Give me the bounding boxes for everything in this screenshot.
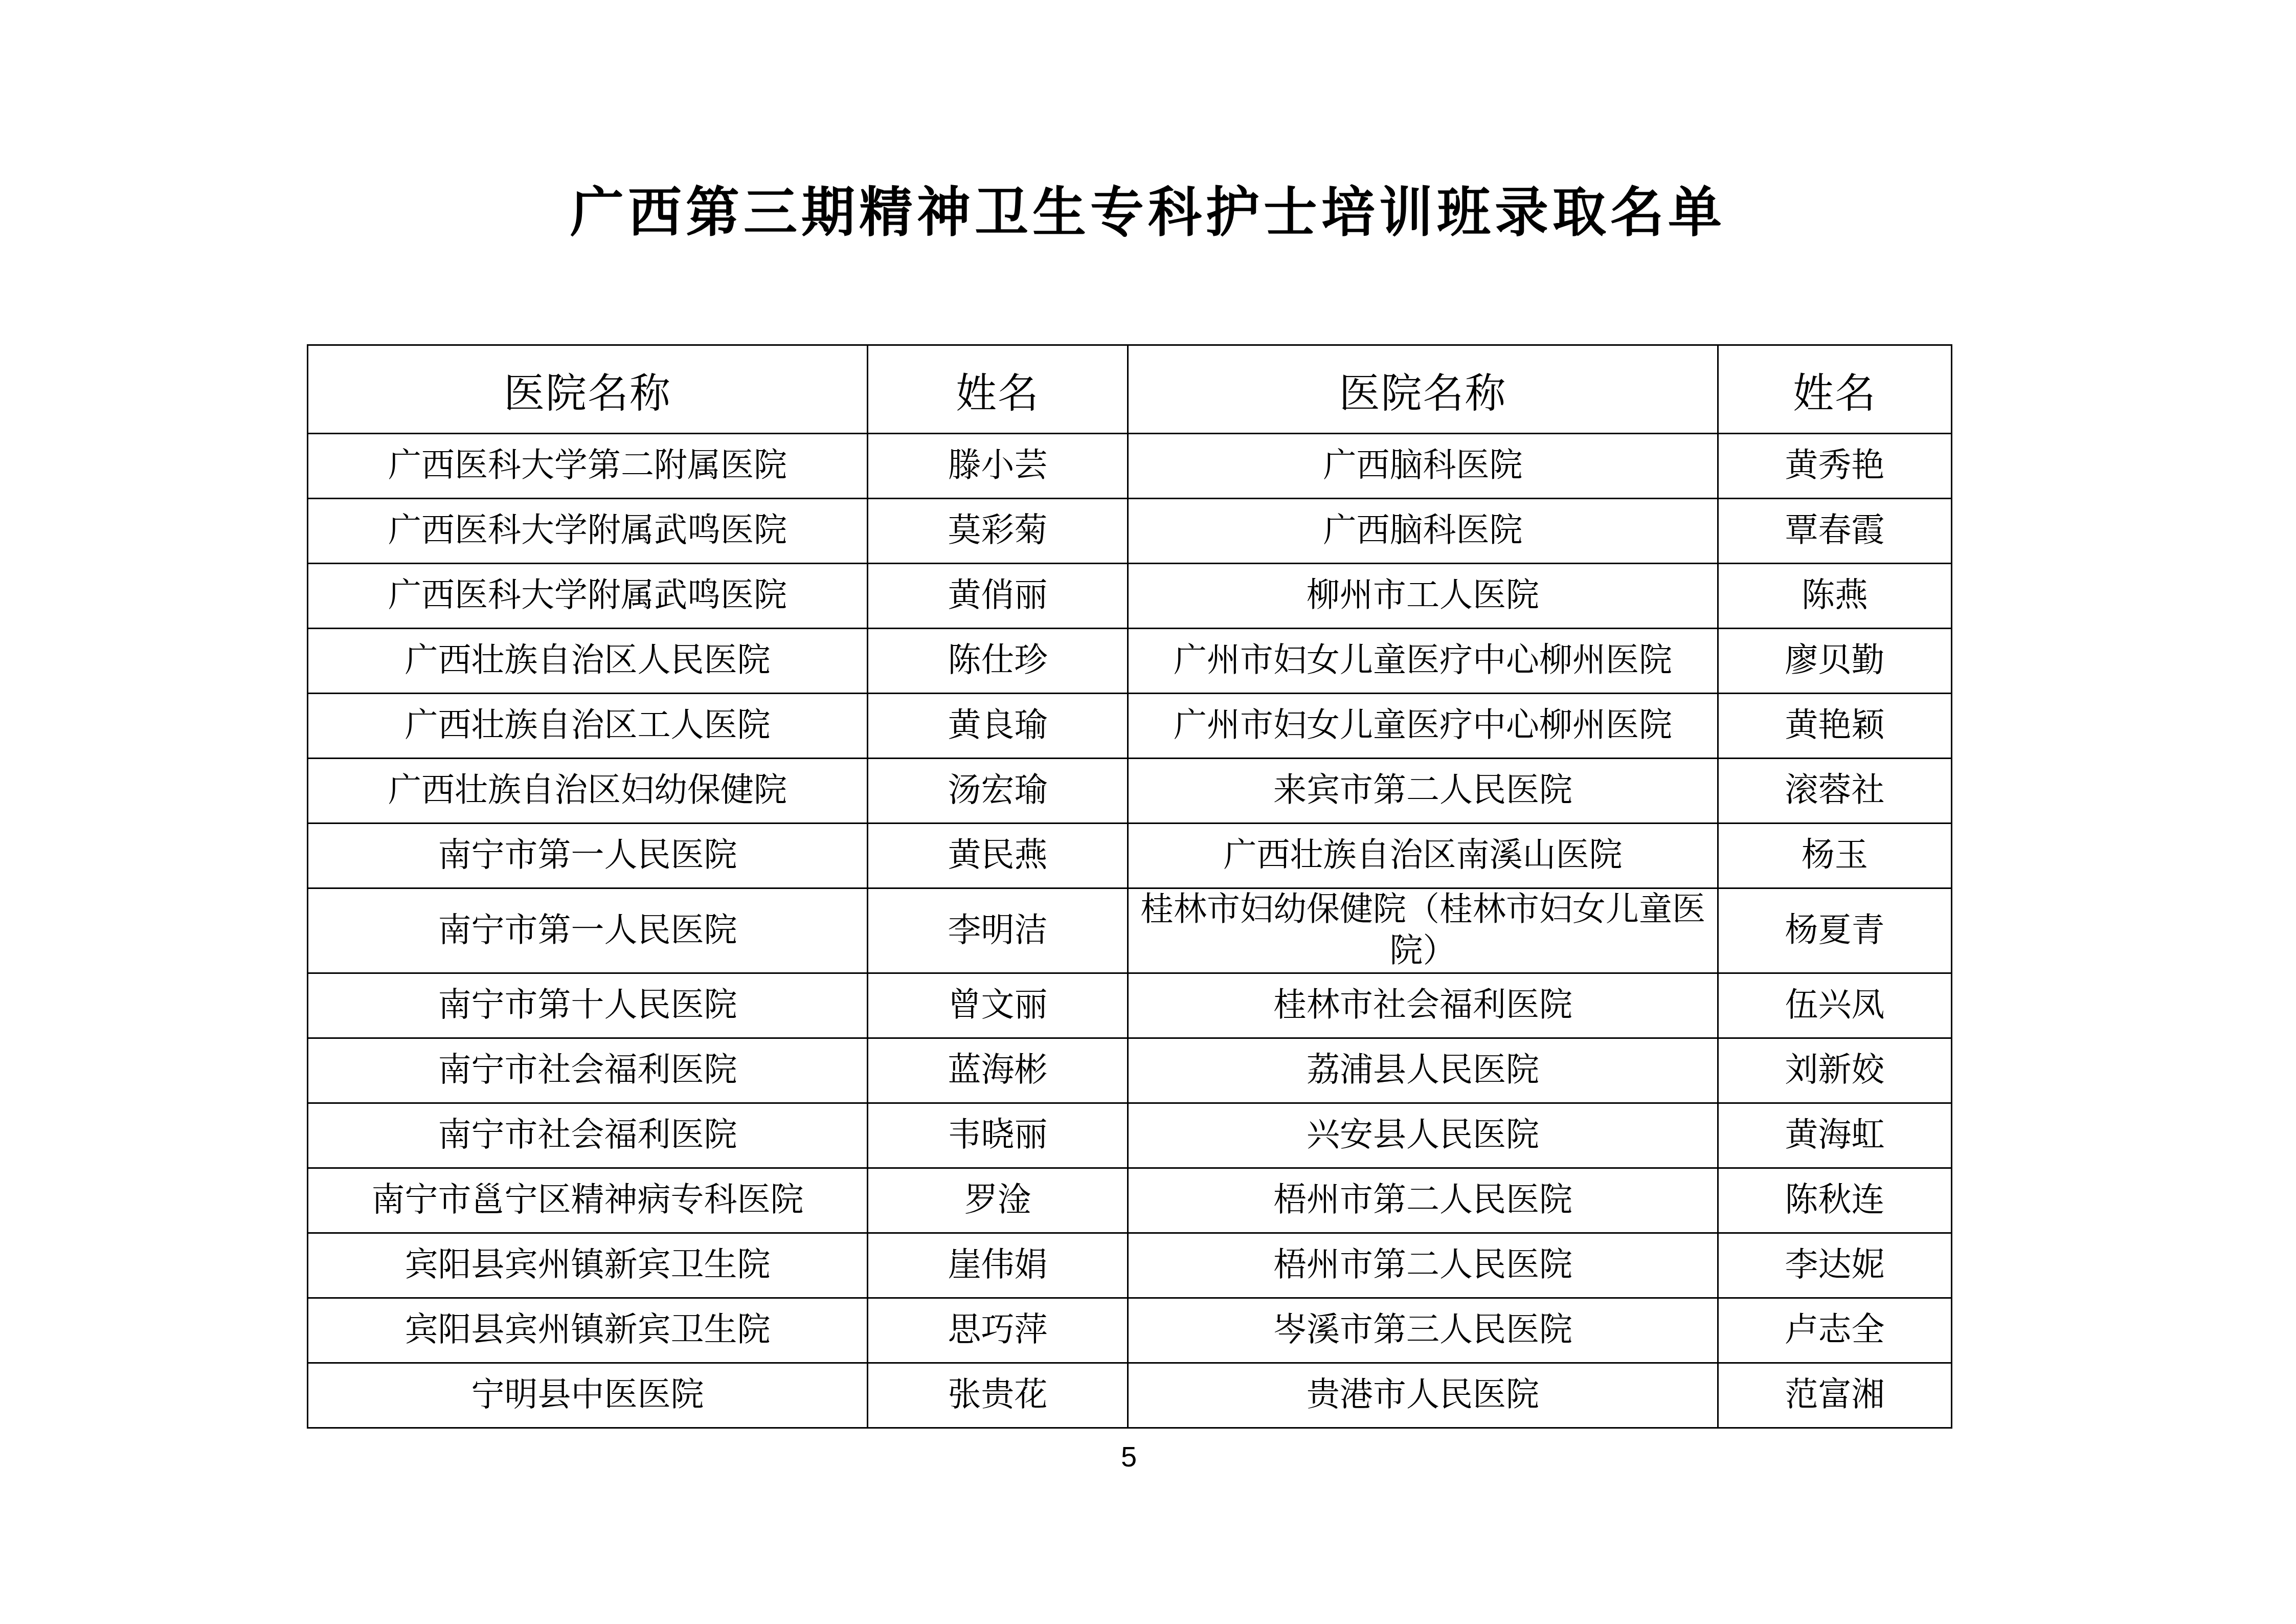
hospital-cell: 广州市妇女儿童医疗中心柳州医院 [1128,694,1718,759]
name-cell: 伍兴凤 [1718,973,1952,1038]
hospital-cell: 桂林市社会福利医院 [1128,973,1718,1038]
hospital-cell: 来宾市第二人民医院 [1128,759,1718,824]
admission-roster-table: 医院名称 姓名 医院名称 姓名 广西医科大学第二附属医院滕小芸广西脑科医院黄秀艳… [307,344,1952,1429]
header-name-right: 姓名 [1718,345,1952,434]
name-cell: 崖伟娟 [868,1233,1128,1298]
hospital-cell: 南宁市邕宁区精神病专科医院 [308,1168,868,1233]
table-row: 广西壮族自治区工人医院黄良瑜广州市妇女儿童医疗中心柳州医院黄艳颖 [308,694,1952,759]
table-row: 南宁市社会福利医院韦晓丽兴安县人民医院黄海虹 [308,1103,1952,1168]
hospital-cell: 南宁市社会福利医院 [308,1038,868,1103]
hospital-cell: 广西壮族自治区南溪山医院 [1128,824,1718,888]
table-row: 南宁市邕宁区精神病专科医院罗淦梧州市第二人民医院陈秋连 [308,1168,1952,1233]
hospital-cell: 广西壮族自治区工人医院 [308,694,868,759]
hospital-cell: 宾阳县宾州镇新宾卫生院 [308,1233,868,1298]
name-cell: 陈仕珍 [868,629,1128,694]
hospital-cell: 广西壮族自治区妇幼保健院 [308,759,868,824]
table-row: 南宁市第一人民医院黄民燕广西壮族自治区南溪山医院杨玉 [308,824,1952,888]
hospital-cell: 贵港市人民医院 [1128,1363,1718,1428]
table-row: 南宁市第一人民医院李明洁桂林市妇幼保健院（桂林市妇女儿童医院）杨夏青 [308,888,1952,973]
hospital-cell: 南宁市第一人民医院 [308,824,868,888]
hospital-cell: 荔浦县人民医院 [1128,1038,1718,1103]
table-row: 宾阳县宾州镇新宾卫生院崖伟娟梧州市第二人民医院李达妮 [308,1233,1952,1298]
name-cell: 陈秋连 [1718,1168,1952,1233]
hospital-cell: 桂林市妇幼保健院（桂林市妇女儿童医院） [1128,888,1718,973]
hospital-cell: 梧州市第二人民医院 [1128,1233,1718,1298]
name-cell: 黄俏丽 [868,564,1128,629]
name-cell: 廖贝勤 [1718,629,1952,694]
hospital-cell: 广西医科大学附属武鸣医院 [308,499,868,564]
table-row: 南宁市社会福利医院蓝海彬荔浦县人民医院刘新姣 [308,1038,1952,1103]
name-cell: 黄秀艳 [1718,434,1952,499]
name-cell: 黄艳颖 [1718,694,1952,759]
name-cell: 杨夏青 [1718,888,1952,973]
hospital-cell: 宁明县中医医院 [308,1363,868,1428]
hospital-cell: 南宁市社会福利医院 [308,1103,868,1168]
hospital-cell: 广西脑科医院 [1128,499,1718,564]
header-name-left: 姓名 [868,345,1128,434]
name-cell: 范富湘 [1718,1363,1952,1428]
hospital-cell: 柳州市工人医院 [1128,564,1718,629]
hospital-cell: 广西医科大学附属武鸣医院 [308,564,868,629]
name-cell: 黄海虹 [1718,1103,1952,1168]
hospital-cell: 岑溪市第三人民医院 [1128,1298,1718,1363]
name-cell: 韦晓丽 [868,1103,1128,1168]
name-cell: 刘新姣 [1718,1038,1952,1103]
name-cell: 滕小芸 [868,434,1128,499]
name-cell: 卢志全 [1718,1298,1952,1363]
name-cell: 李达妮 [1718,1233,1952,1298]
hospital-cell: 梧州市第二人民医院 [1128,1168,1718,1233]
name-cell: 莫彩菊 [868,499,1128,564]
hospital-cell: 广西医科大学第二附属医院 [308,434,868,499]
name-cell: 李明洁 [868,888,1128,973]
table-body: 广西医科大学第二附属医院滕小芸广西脑科医院黄秀艳广西医科大学附属武鸣医院莫彩菊广… [308,434,1952,1428]
table-row: 南宁市第十人民医院曾文丽桂林市社会福利医院伍兴凤 [308,973,1952,1038]
hospital-cell: 广州市妇女儿童医疗中心柳州医院 [1128,629,1718,694]
name-cell: 杨玉 [1718,824,1952,888]
table-row: 宁明县中医医院张贵花贵港市人民医院范富湘 [308,1363,1952,1428]
name-cell: 张贵花 [868,1363,1128,1428]
name-cell: 思巧萍 [868,1298,1128,1363]
hospital-cell: 兴安县人民医院 [1128,1103,1718,1168]
table-row: 宾阳县宾州镇新宾卫生院思巧萍岑溪市第三人民医院卢志全 [308,1298,1952,1363]
table-row: 广西壮族自治区人民医院陈仕珍广州市妇女儿童医疗中心柳州医院廖贝勤 [308,629,1952,694]
table-header-row: 医院名称 姓名 医院名称 姓名 [308,345,1952,434]
name-cell: 覃春霞 [1718,499,1952,564]
header-hospital-left: 医院名称 [308,345,868,434]
hospital-cell: 广西脑科医院 [1128,434,1718,499]
name-cell: 汤宏瑜 [868,759,1128,824]
table-row: 广西医科大学附属武鸣医院莫彩菊广西脑科医院覃春霞 [308,499,1952,564]
hospital-cell: 广西壮族自治区人民医院 [308,629,868,694]
hospital-cell: 南宁市第十人民医院 [308,973,868,1038]
name-cell: 曾文丽 [868,973,1128,1038]
page-number: 5 [307,1440,1951,1473]
name-cell: 黄良瑜 [868,694,1128,759]
name-cell: 陈燕 [1718,564,1952,629]
table-row: 广西医科大学附属武鸣医院黄俏丽柳州市工人医院陈燕 [308,564,1952,629]
hospital-cell: 宾阳县宾州镇新宾卫生院 [308,1298,868,1363]
name-cell: 滚蓉社 [1718,759,1952,824]
name-cell: 罗淦 [868,1168,1128,1233]
table-row: 广西医科大学第二附属医院滕小芸广西脑科医院黄秀艳 [308,434,1952,499]
page-title: 广西第三期精神卫生专科护士培训班录取名单 [0,183,2296,242]
hospital-cell: 南宁市第一人民医院 [308,888,868,973]
header-hospital-right: 医院名称 [1128,345,1718,434]
name-cell: 黄民燕 [868,824,1128,888]
table-row: 广西壮族自治区妇幼保健院汤宏瑜来宾市第二人民医院滚蓉社 [308,759,1952,824]
name-cell: 蓝海彬 [868,1038,1128,1103]
